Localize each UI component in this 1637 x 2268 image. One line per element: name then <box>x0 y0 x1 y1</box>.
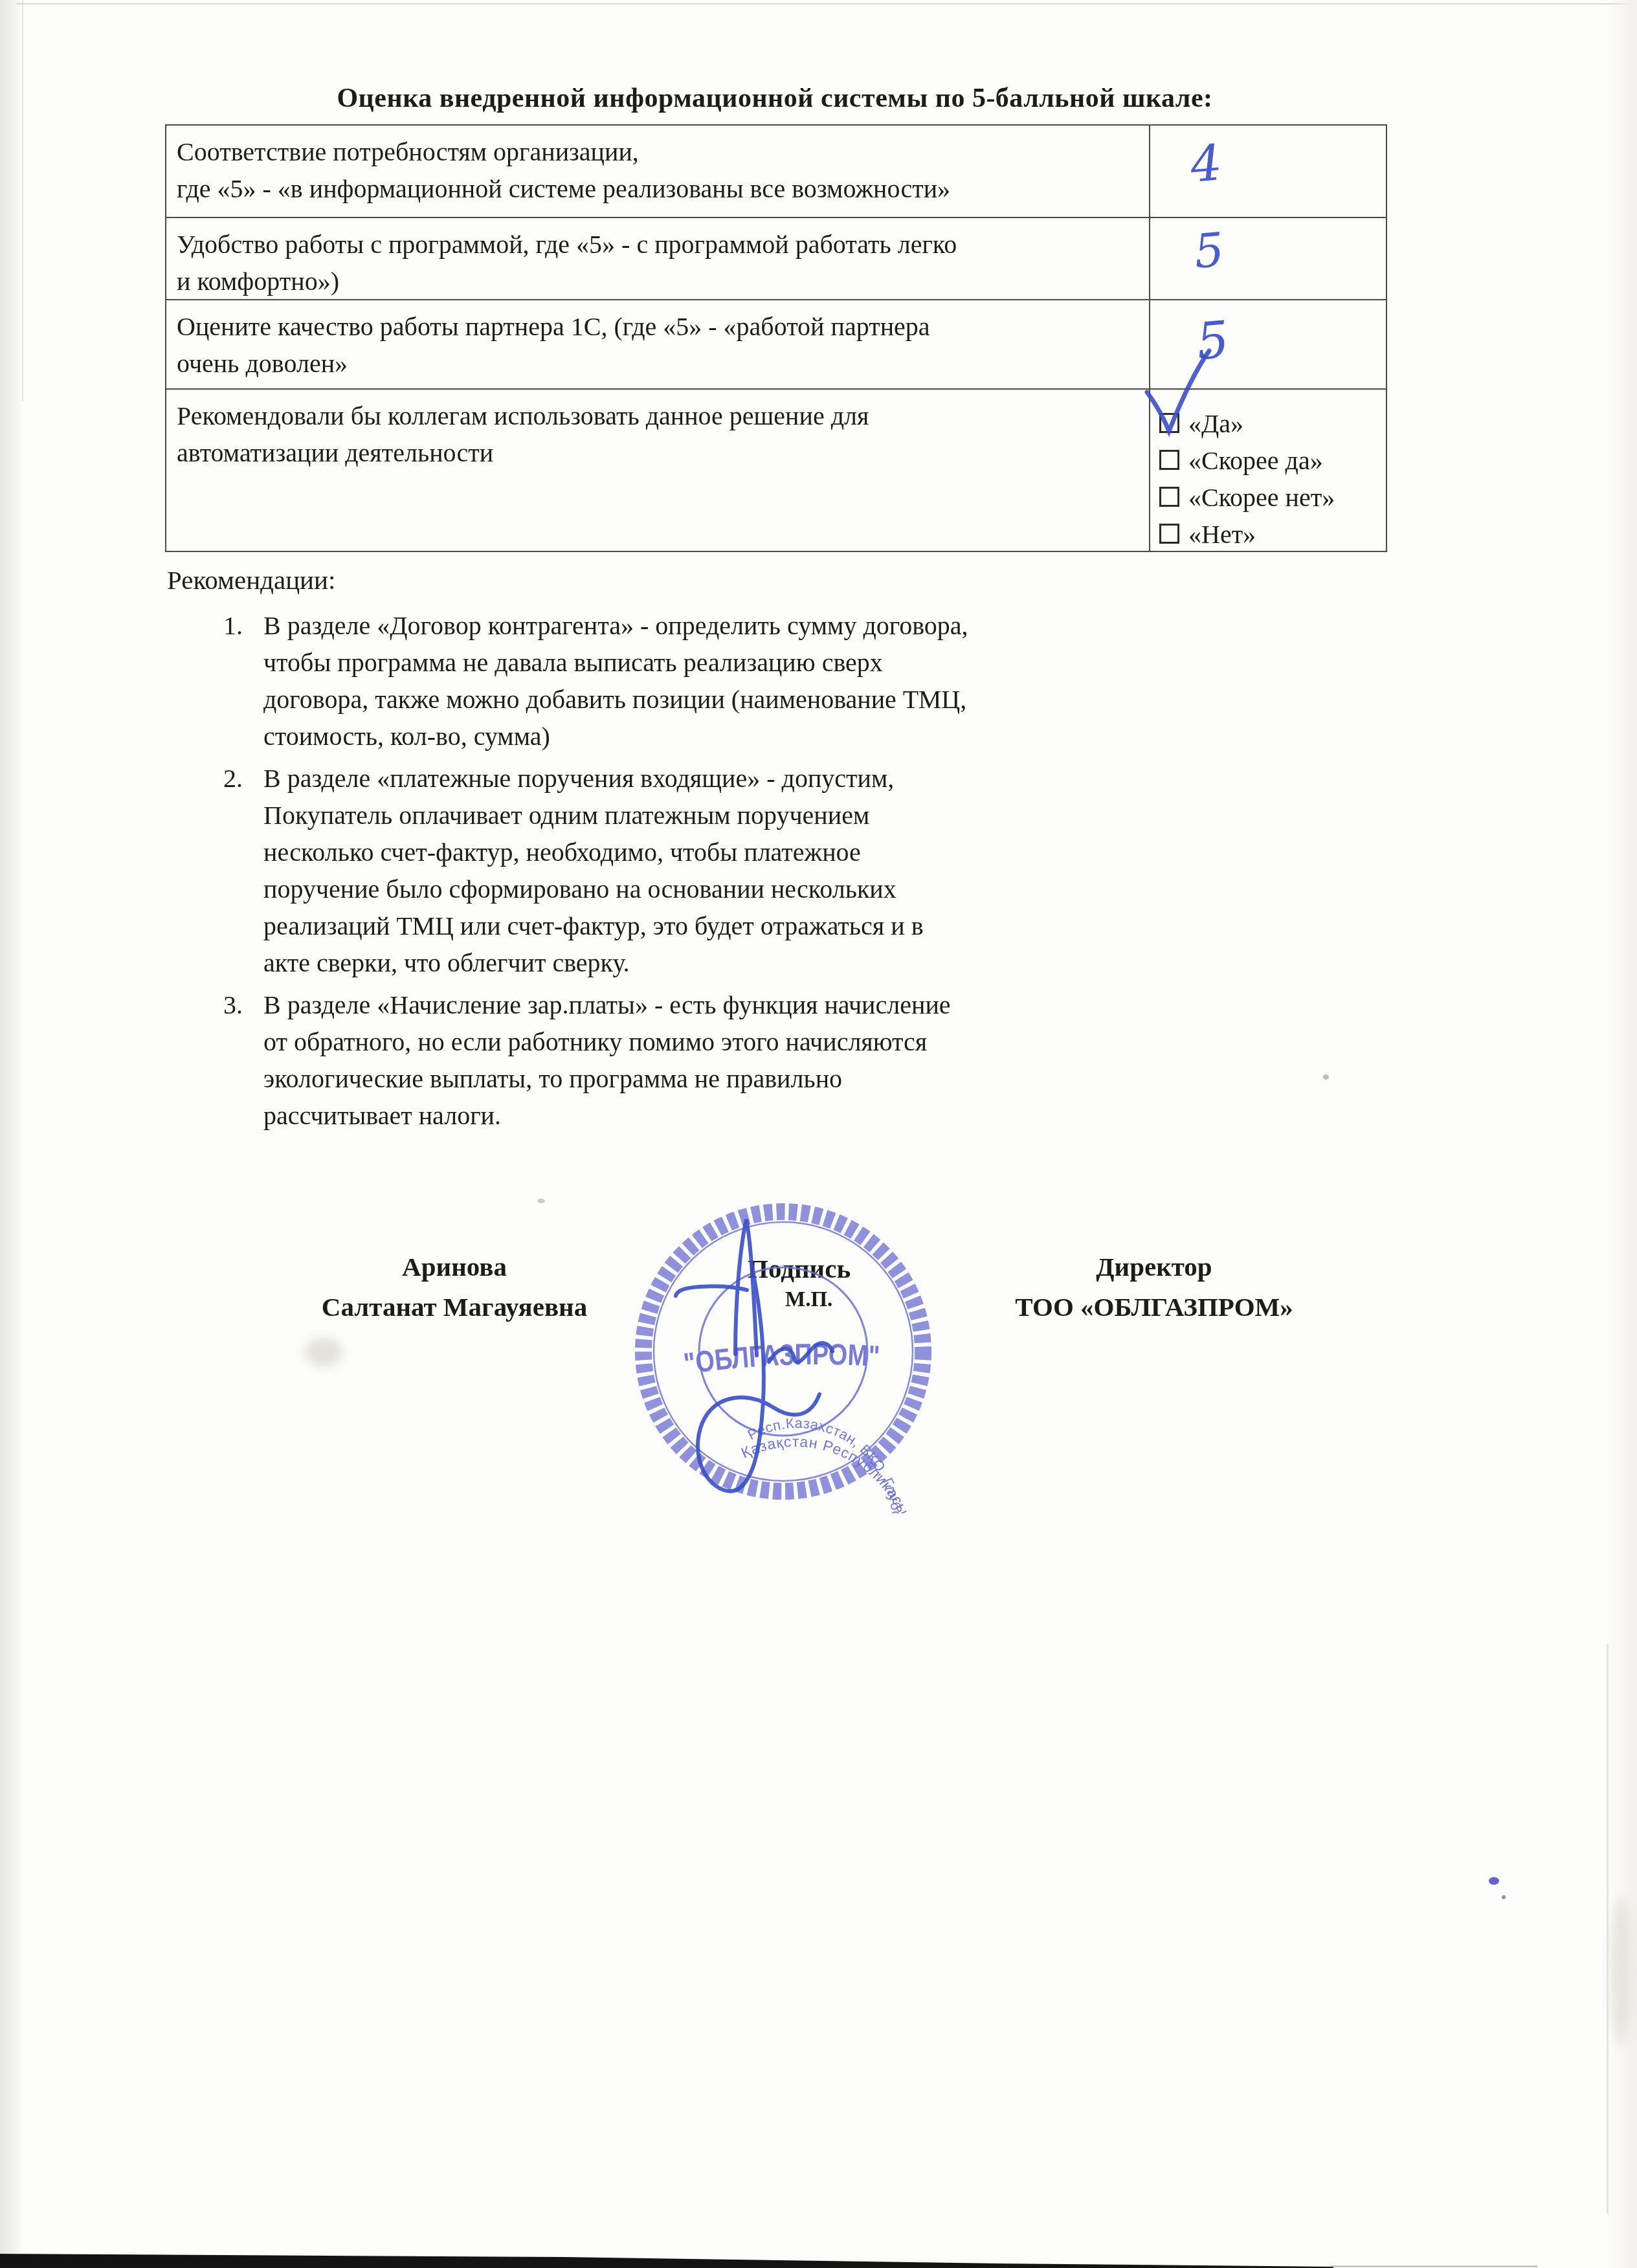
option-label: «Нет» <box>1188 520 1256 549</box>
item-text: В разделе «Начисление зар.платы» - есть … <box>263 986 1131 1134</box>
ink-speck <box>1489 1877 1499 1885</box>
handwritten-signature <box>608 1191 971 1528</box>
table-row: Удобство работы с программой, где «5» - … <box>166 217 1386 299</box>
scan-left-edge <box>0 0 21 2268</box>
item-number: 3. <box>223 986 263 1134</box>
signatory-name: Аринова Салтанат Магауяевна <box>241 1247 668 1327</box>
score-cell: 5 <box>1150 218 1386 299</box>
ink-speck <box>1502 1895 1506 1899</box>
scan-bottom-edge <box>0 2246 1637 2268</box>
dust-speck <box>537 1199 545 1203</box>
criterion-text: Соответствие потребностям организации, г… <box>166 126 1150 217</box>
criterion-text: Рекомендовали бы коллегам использовать д… <box>166 390 1150 551</box>
scan-smudge <box>1610 1896 1632 2045</box>
handwritten-checkmark <box>1138 346 1222 443</box>
director-title: Директор ТОО «ОБЛГАЗПРОМ» <box>1008 1247 1300 1327</box>
scan-top-edge <box>17 3 1637 5</box>
checkbox-skoree-da <box>1159 450 1179 470</box>
checkbox-skoree-net <box>1159 487 1179 507</box>
list-item: 3. В разделе «Начисление зар.платы» - ес… <box>223 986 1168 1134</box>
criterion-text: Удобство работы с программой, где «5» - … <box>166 218 1150 299</box>
option-label: «Скорее нет» <box>1188 483 1335 512</box>
option-row: «Нет» <box>1159 516 1335 553</box>
checkbox-net <box>1159 524 1179 544</box>
option-row: «Скорее да» <box>1159 442 1335 479</box>
paper-smudge <box>304 1337 343 1367</box>
evaluation-table: Соответствие потребностям организации, г… <box>165 124 1387 552</box>
criterion-text: Оцените качество работы партнера 1С, (гд… <box>166 300 1150 388</box>
recommendations-heading: Рекомендации: <box>167 564 335 595</box>
item-text: В разделе «Договор контрагента» - опреде… <box>263 607 1131 755</box>
scanned-document-page: Оценка внедренной информационной системы… <box>0 0 1637 2268</box>
recommendations-list: 1. В разделе «Договор контрагента» - опр… <box>223 607 1168 1139</box>
handwritten-score: 5 <box>1192 222 1226 279</box>
table-row: Соответствие потребностям организации, г… <box>166 126 1386 217</box>
dust-speck <box>1323 1074 1329 1080</box>
item-number: 2. <box>223 760 263 981</box>
list-item: 2. В разделе «платежные поручения входящ… <box>223 760 1168 981</box>
option-row: «Скорее нет» <box>1159 479 1335 516</box>
scan-right-crease <box>1607 1644 1609 2214</box>
list-item: 1. В разделе «Договор контрагента» - опр… <box>223 607 1168 755</box>
item-number: 1. <box>223 607 263 755</box>
handwritten-score: 4 <box>1188 133 1224 194</box>
score-cell: 4 <box>1150 126 1386 217</box>
option-label: «Скорее да» <box>1188 446 1323 475</box>
item-text: В разделе «платежные поручения входящие»… <box>263 760 1131 981</box>
document-title: Оценка внедренной информационной системы… <box>165 83 1385 114</box>
scan-paper-edge-line <box>22 0 23 401</box>
